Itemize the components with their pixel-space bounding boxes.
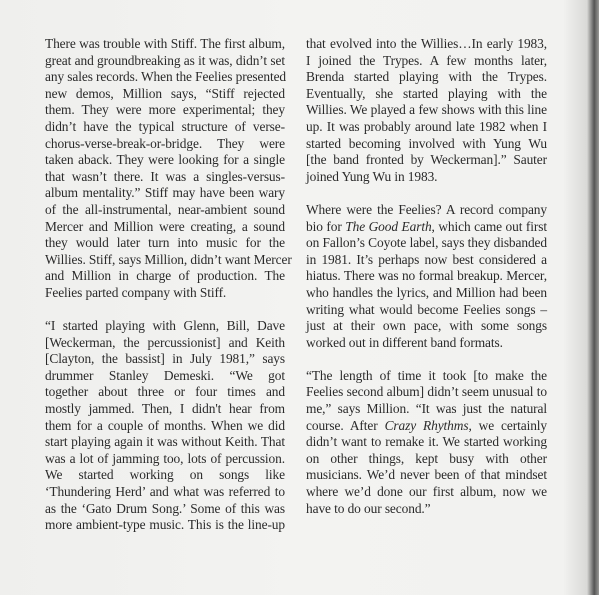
text-line: they would later turn into music for the <box>45 235 285 252</box>
text-line: on Fallon’s Coyote label, says they disb… <box>306 235 547 252</box>
text-line: I joined the Trypes. A few months later, <box>306 53 547 70</box>
text-line: taken aback. They were looking for a sin… <box>45 152 285 169</box>
text-line: mostly jammed. Then, I didn't hear from <box>45 401 285 418</box>
text-line: just at their own pace, with some songs <box>306 318 547 335</box>
text-line: start playing again it was without Keith… <box>45 434 285 451</box>
paragraph-where-were-feelies: Where were the Feelies? A record company… <box>306 202 547 351</box>
text-line: them for a couple of months. When we did <box>45 418 285 435</box>
text-line: and Million in charge of production. The <box>45 268 285 285</box>
text-line: Willies. Stiff, says Million, didn’t wan… <box>45 252 285 269</box>
text-line: up. It was probably around late 1982 whe… <box>306 119 547 136</box>
text-line: ‘Thundering Herd’ and what was referred … <box>45 484 285 501</box>
text-line: album mentality.” Stiff may have been wa… <box>45 185 285 202</box>
text-line: [Clayton, the bassist] in July 1981,” sa… <box>45 351 285 368</box>
text-line: in 1981. It’s perhaps now best considere… <box>306 252 547 269</box>
text-line: Feelies parted company with Stiff. <box>45 285 285 302</box>
album-title-crazy-rhythms: Crazy Rhythms <box>385 418 469 433</box>
text-line: of the all-instrumental, near-ambient so… <box>45 202 285 219</box>
text-line: chorus-verse-break-or-bridge. They were <box>45 136 285 153</box>
paragraph-demeski-quote: “I started playing with Glenn, Bill, Dav… <box>45 318 285 534</box>
text-line: worked out in different band formats. <box>306 335 547 352</box>
text-line: great and groundbreaking as it was, didn… <box>45 53 285 70</box>
text-line: together about three or four times and <box>45 384 285 401</box>
text-line: was a lot of jamming too, lots of percus… <box>45 451 285 468</box>
text-line: course. After Crazy Rhythms, we certainl… <box>306 418 547 435</box>
text-line: Feelies second album] didn’t seem unusua… <box>306 384 547 401</box>
text-fragment: bio for <box>306 219 345 234</box>
scanned-booklet-page: There was trouble with Stiff. The first … <box>0 0 599 595</box>
text-line: Where were the Feelies? A record company <box>306 202 547 219</box>
text-line: that wasn’t there. It was a singles-vers… <box>45 169 285 186</box>
text-line: Willies. We played a few shows with this… <box>306 102 547 119</box>
paragraph-stiff: There was trouble with Stiff. The first … <box>45 36 285 302</box>
text-line: We started working on songs like <box>45 467 285 484</box>
text-line: any sales records. When the Feelies pres… <box>45 69 285 86</box>
text-line: bio for The Good Earth, which came out f… <box>306 219 547 236</box>
text-line: Brenda started playing with the Trypes. <box>306 69 547 86</box>
text-line: me,” says Million. “It was just the natu… <box>306 401 547 418</box>
text-line: [Weckerman, the percussionist] and Keith <box>45 335 285 352</box>
text-line: more ambient-type music. This is the lin… <box>45 517 285 534</box>
text-line: drummer Stanley Demeski. “We got <box>45 368 285 385</box>
text-line: [the band fronted by Weckerman].” Sauter <box>306 152 547 169</box>
text-line: “I started playing with Glenn, Bill, Dav… <box>45 318 285 335</box>
text-fragment: , we certainly <box>468 418 547 433</box>
text-line: “The length of time it took [to make the <box>306 368 547 385</box>
text-line: as the ‘Gato Drum Song.’ Some of this wa… <box>45 501 285 518</box>
right-text-column: that evolved into the Willies…In early 1… <box>306 36 547 534</box>
text-line: hiatus. There was no formal breakup. Mer… <box>306 268 547 285</box>
text-fragment: , which came out first <box>432 219 547 234</box>
text-line: new demos, Million says, “Stiff rejected <box>45 86 285 103</box>
text-line: who handles the lyrics, and Million had … <box>306 285 547 302</box>
text-line: Mercer and Million were creating, a soun… <box>45 219 285 236</box>
text-line: on other things, kept busy with other <box>306 451 547 468</box>
paragraph-million-quote: “The length of time it took [to make the… <box>306 368 547 517</box>
text-line: Eventually, she started playing with the <box>306 86 547 103</box>
text-line: have to do our second.” <box>306 501 547 518</box>
text-line: There was trouble with Stiff. The first … <box>45 36 285 53</box>
text-line: started becoming involved with Yung Wu <box>306 136 547 153</box>
text-line: didn’t want to remake it. We started wor… <box>306 434 547 451</box>
paragraph-willies: that evolved into the Willies…In early 1… <box>306 36 547 185</box>
left-text-column: There was trouble with Stiff. The first … <box>45 36 285 550</box>
album-title-good-earth: The Good Earth <box>345 219 431 234</box>
text-line: that evolved into the Willies…In early 1… <box>306 36 547 53</box>
text-line: didn’t have the typical structure of ver… <box>45 119 285 136</box>
text-line: where we’d done our first album, now we <box>306 484 547 501</box>
text-fragment: course. After <box>306 418 385 433</box>
text-line: writing what would become Feelies songs … <box>306 302 547 319</box>
text-line: them. They were more experimental; they <box>45 102 285 119</box>
text-line: musicians. We’d never been of that minds… <box>306 467 547 484</box>
text-line: joined Yung Wu in 1983. <box>306 169 547 186</box>
